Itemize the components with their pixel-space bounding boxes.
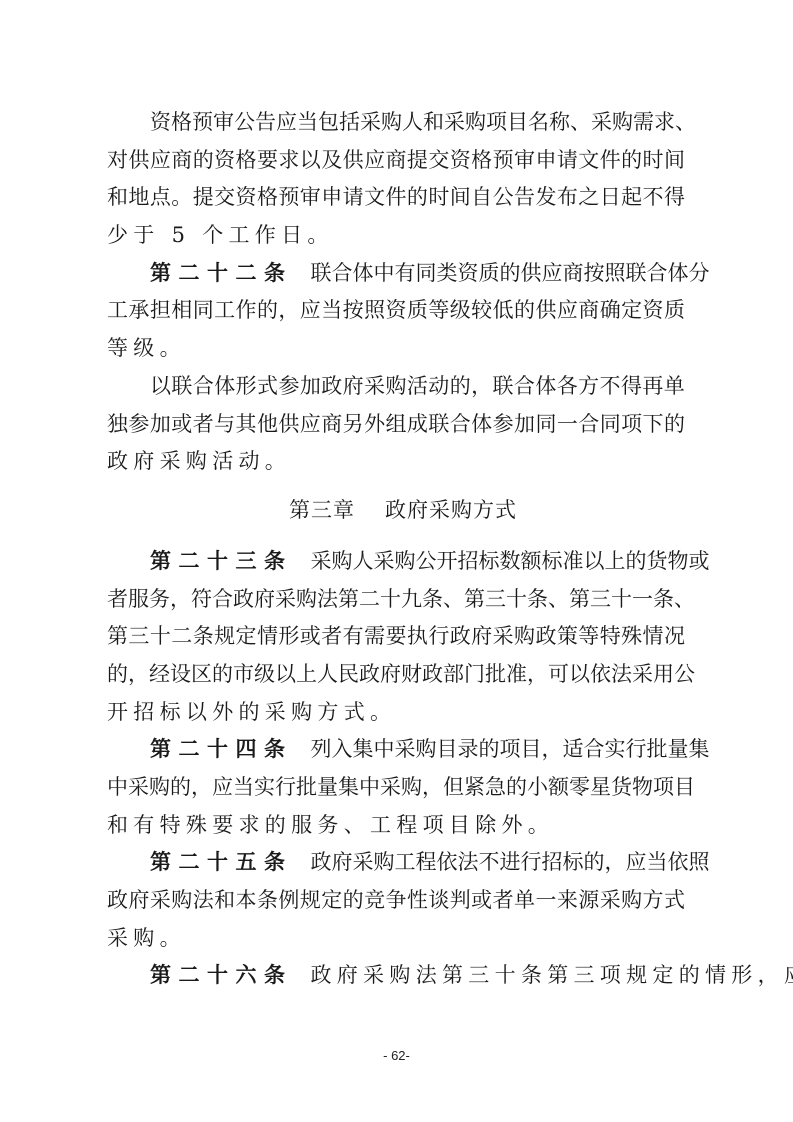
line-text: 和地点。提交资格预审申请文件的时间自公告发布之日起不得 <box>107 179 685 217</box>
text-line: 工承担相同工作的，应当按照资质等级较低的供应商确定资质 <box>107 292 685 330</box>
text-line: 采购。 <box>107 920 685 958</box>
line-text: 列入集中采购目录的项目，适合实行批量集 <box>311 731 710 769</box>
text-line: 等级。 <box>107 330 685 368</box>
chapter-heading: 第三章政府采购方式 <box>107 485 685 535</box>
article-number: 第二十二条 <box>150 255 293 293</box>
text-line: 政府采购活动。 <box>107 443 685 481</box>
line-text: 独参加或者与其他供应商另外组成联合体参加同一合同项下的 <box>107 406 685 444</box>
article-number: 第二十三条 <box>150 543 293 581</box>
text-line: 第二十六条政府采购法第三十条第三项规定的情形，应 <box>107 957 685 995</box>
text-line: 和有特殊要求的服务、工程项目除外。 <box>107 807 685 845</box>
article-paragraph: 第二十三条采购人采购公开招标数额标准以上的货物或者服务，符合政府采购法第二十九条… <box>107 543 685 731</box>
text-line: 第二十四条列入集中采购目录的项目，适合实行批量集 <box>107 731 685 769</box>
text-line: 第二十三条采购人采购公开招标数额标准以上的货物或 <box>107 543 685 581</box>
line-text: 政府采购法和本条例规定的竞争性谈判或者单一来源采购方式 <box>107 882 685 920</box>
document-page: 资格预审公告应当包括采购人和采购项目名称、采购需求、对供应商的资格要求以及供应商… <box>0 0 793 1122</box>
text-line: 的，经设区的市级以上人民政府财政部门批准，可以依法采用公 <box>107 656 685 694</box>
text-line: 和地点。提交资格预审申请文件的时间自公告发布之日起不得 <box>107 179 685 217</box>
document-body: 资格预审公告应当包括采购人和采购项目名称、采购需求、对供应商的资格要求以及供应商… <box>107 104 685 995</box>
line-text: 的，经设区的市级以上人民政府财政部门批准，可以依法采用公 <box>107 656 695 694</box>
line-text: 对供应商的资格要求以及供应商提交资格预审申请文件的时间 <box>107 142 685 180</box>
text-line: 第三十二条规定情形或者有需要执行政府采购政策等特殊情况 <box>107 618 685 656</box>
text-line: 独参加或者与其他供应商另外组成联合体参加同一合同项下的 <box>107 406 685 444</box>
article-paragraph: 第二十四条列入集中采购目录的项目，适合实行批量集中采购的，应当实行批量集中采购，… <box>107 731 685 844</box>
line-text: 政府采购工程依法不进行招标的，应当依照 <box>311 844 710 882</box>
line-text: 中采购的，应当实行批量集中采购，但紧急的小额零星货物项目 <box>107 769 695 807</box>
line-text: 开招标以外的采购方式。 <box>107 694 396 732</box>
article-number: 第二十五条 <box>150 844 293 882</box>
text-line: 政府采购法和本条例规定的竞争性谈判或者单一来源采购方式 <box>107 882 685 920</box>
paragraph: 资格预审公告应当包括采购人和采购项目名称、采购需求、对供应商的资格要求以及供应商… <box>107 104 685 255</box>
text-line: 者服务，符合政府采购法第二十九条、第三十条、第三十一条、 <box>107 581 685 619</box>
line-text: 采购人采购公开招标数额标准以上的货物或 <box>311 543 710 581</box>
article-paragraph: 第二十五条政府采购工程依法不进行招标的，应当依照政府采购法和本条例规定的竞争性谈… <box>107 844 685 957</box>
line-text: 政府采购活动。 <box>107 443 291 481</box>
line-text: 政府采购法第三十条第三项规定的情形，应 <box>311 957 793 995</box>
line-text: 以联合体形式参加政府采购活动的，联合体各方不得再单 <box>150 368 685 406</box>
line-text: 者服务，符合政府采购法第二十九条、第三十条、第三十一条、 <box>107 581 695 619</box>
article-number: 第二十六条 <box>150 957 293 995</box>
line-text: 工承担相同工作的，应当按照资质等级较低的供应商确定资质 <box>107 292 685 330</box>
text-line: 中采购的，应当实行批量集中采购，但紧急的小额零星货物项目 <box>107 769 685 807</box>
text-line: 少于 5 个工作日。 <box>107 217 685 255</box>
text-line: 开招标以外的采购方式。 <box>107 694 685 732</box>
line-text: 采购。 <box>107 920 186 958</box>
line-text: 第三十二条规定情形或者有需要执行政府采购政策等特殊情况 <box>107 618 685 656</box>
page-number: - 62- <box>0 1048 793 1063</box>
line-text: 联合体中有同类资质的供应商按照联合体分 <box>311 255 710 293</box>
line-text: 少于 5 个工作日。 <box>107 217 334 255</box>
chapter-title: 政府采购方式 <box>385 498 517 522</box>
text-line: 对供应商的资格要求以及供应商提交资格预审申请文件的时间 <box>107 142 685 180</box>
article-paragraph: 第二十六条政府采购法第三十条第三项规定的情形，应 <box>107 957 685 995</box>
paragraph: 以联合体形式参加政府采购活动的，联合体各方不得再单独参加或者与其他供应商另外组成… <box>107 368 685 481</box>
line-text: 等级。 <box>107 330 186 368</box>
line-text: 和有特殊要求的服务、工程项目除外。 <box>107 807 554 845</box>
article-number: 第二十四条 <box>150 731 293 769</box>
text-line: 第二十二条联合体中有同类资质的供应商按照联合体分 <box>107 255 685 293</box>
text-line: 以联合体形式参加政府采购活动的，联合体各方不得再单 <box>107 368 685 406</box>
line-text: 资格预审公告应当包括采购人和采购项目名称、采购需求、 <box>150 104 696 142</box>
chapter-number: 第三章 <box>289 498 355 522</box>
article-paragraph: 第二十二条联合体中有同类资质的供应商按照联合体分工承担相同工作的，应当按照资质等… <box>107 255 685 368</box>
text-line: 第二十五条政府采购工程依法不进行招标的，应当依照 <box>107 844 685 882</box>
text-line: 资格预审公告应当包括采购人和采购项目名称、采购需求、 <box>107 104 685 142</box>
